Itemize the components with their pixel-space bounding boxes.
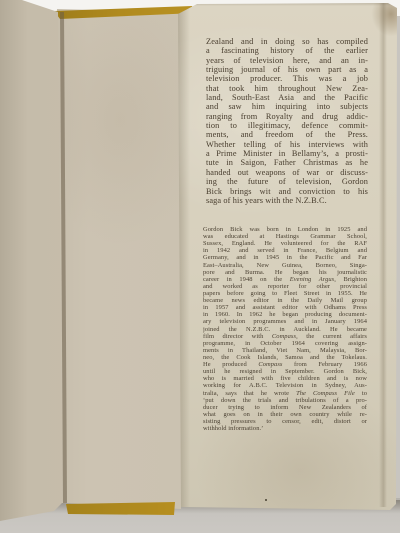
text-line: land, South-East Asia and the Pacific	[206, 93, 368, 102]
text-line: film director with Compass, the current …	[203, 333, 367, 340]
text-line: Bick brings wit and conviction to his	[206, 187, 368, 196]
text-line: a fascinating history of the earlier	[206, 46, 368, 55]
text-line: in 1942 and served in France, Belgium an…	[203, 247, 367, 254]
text-line: East–Australia, New Guinea, Borneo, Sing…	[203, 262, 367, 269]
text-line: tute in Saigon, Father Christmas as he	[206, 158, 368, 167]
text-line: in 1960. In 1962 he began producing docu…	[203, 311, 367, 318]
text-line: saga of his years with the N.Z.B.C.	[206, 196, 368, 205]
text-line: Germany, and in 1945 in the Pacific and …	[203, 254, 367, 261]
flap-bio-paragraph: Gordon Bick was born in London in 1925 a…	[203, 226, 367, 432]
text-line: sisting pressures to censor, edit, disto…	[203, 418, 367, 425]
text-line: tralia, says that he wrote The Compass F…	[203, 390, 367, 397]
text-line: ranging from Royalty and drug addic-	[206, 112, 368, 121]
text-line: until he resigned in September. Gordon B…	[203, 368, 367, 375]
text-line: ary television programmes and in January…	[203, 318, 367, 325]
text-line: Whether telling of his interviews with	[206, 140, 368, 149]
text-line: and worked as reporter for other provinc…	[203, 283, 367, 290]
text-line: triguing journal of his own part as a	[206, 65, 368, 74]
text-line: ing the future of television, Gordon	[206, 177, 368, 186]
text-line: ments, and freedom of the Press.	[206, 130, 368, 139]
text-line: in 1957 and assistant editor with Odhams…	[203, 304, 367, 311]
text-line: career in 1948 on the Evening Argus, Bri…	[203, 276, 367, 283]
ink-speck	[265, 499, 267, 501]
text-line: became news editor in the Daily Mail gro…	[203, 297, 367, 304]
text-line: He produced Compass from February 1966	[203, 361, 367, 368]
text-line: withhold information.’	[203, 425, 367, 432]
text-line: that took him throughout New Zea-	[206, 84, 368, 93]
text-line: years of television here, and an in-	[206, 56, 368, 65]
text-line: papers before going to Fleet Street in 1…	[203, 290, 367, 297]
flap-intro-paragraph: Zealand and in doing so has compileda fa…	[206, 37, 368, 205]
text-line: working for A.B.C. Television in Sydney,…	[203, 382, 367, 389]
text-line: Sussex, England. He volunteered for the …	[203, 240, 367, 247]
text-line: a Prime Minister in Bellamy’s, a prosti-	[206, 149, 368, 158]
text-line: ducer trying to inform New Zealanders of	[203, 404, 367, 411]
text-line: Zealand and in doing so has compiled	[206, 37, 368, 46]
text-line: what goes on in their own country while …	[203, 411, 367, 418]
text-line: programme, in October 1964 covering assi…	[203, 340, 367, 347]
text-line: handed out weapons of war or discuss-	[206, 168, 368, 177]
text-line: television producer. This was a job	[206, 74, 368, 83]
text-line: pore and Burma. He began his journalisti…	[203, 269, 367, 276]
text-line: ‘put down the trials and tribulations of…	[203, 397, 367, 404]
flap-fold-line	[379, 3, 387, 507]
text-line: Gordon Bick was born in London in 1925 a…	[203, 226, 367, 233]
text-line: and saw him inquiring into subjects	[206, 102, 368, 111]
text-line: tion to illegitimacy, defence commit-	[206, 121, 368, 130]
text-line: joined the N.Z.B.C. in Auckland. He beca…	[203, 326, 367, 333]
text-line: who is married with five children and is…	[203, 375, 367, 382]
text-line: ments in Thailand, Viet Nam, Malaysia, B…	[203, 347, 367, 354]
text-line: was educated at Hastings Grammar School,	[203, 233, 367, 240]
text-line: neo, the Cook Islands, Samoa and the Tok…	[203, 354, 367, 361]
